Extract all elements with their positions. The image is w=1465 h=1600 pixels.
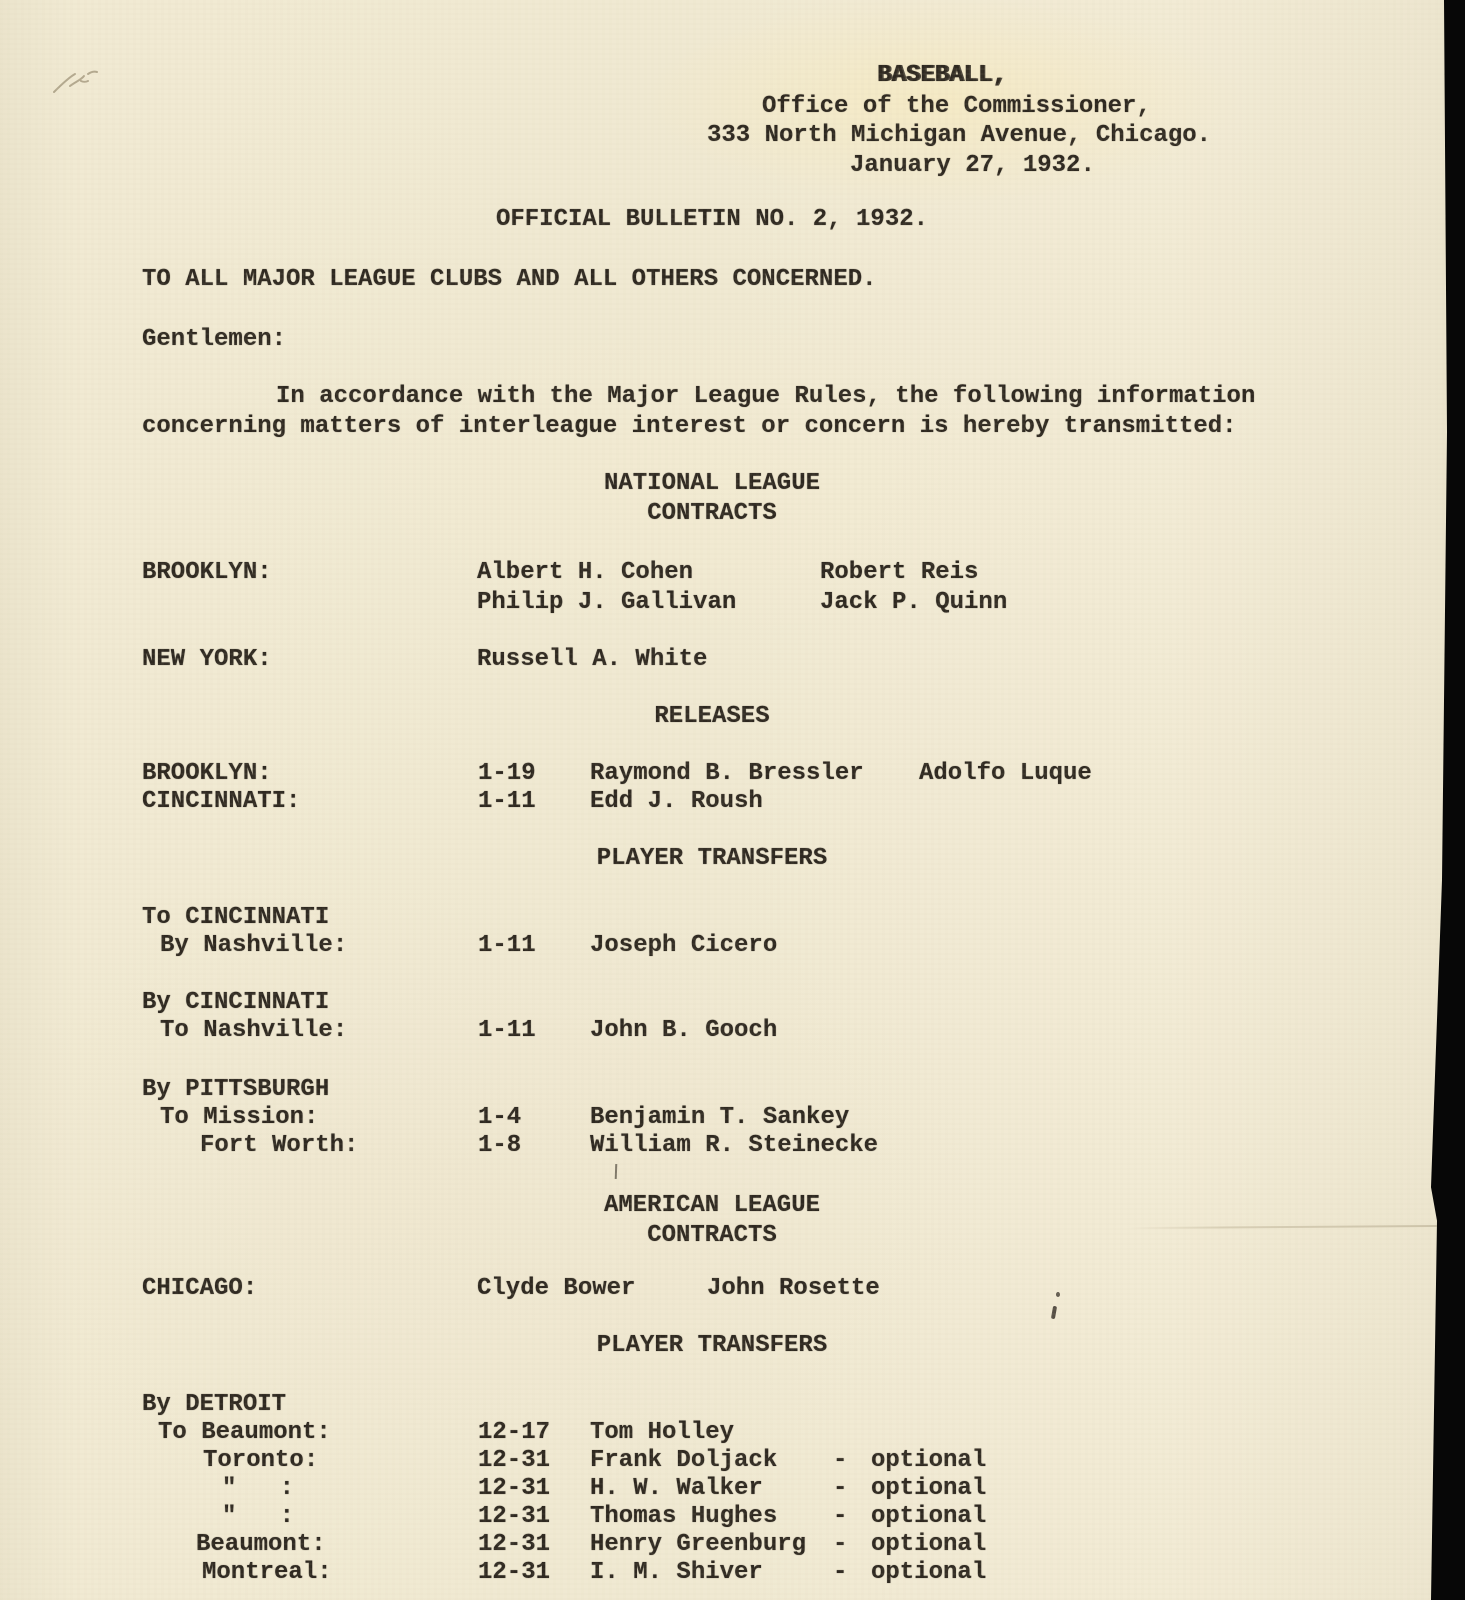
option-note: optional — [871, 1532, 986, 1558]
national-league-heading: NATIONAL LEAGUE — [0, 471, 1424, 497]
nl-releases-heading: RELEASES — [0, 704, 1424, 730]
option-dash: - — [833, 1560, 847, 1586]
player-name: Edd J. Roush — [590, 789, 763, 815]
addressee-line: TO ALL MAJOR LEAGUE CLUBS AND ALL OTHERS… — [142, 267, 877, 293]
transfer-row: Toronto: 12-31 Frank Doljack - optional — [0, 1448, 1465, 1474]
transfer-row: To Nashville: 1-11 John B. Gooch — [0, 1018, 1465, 1044]
transfer-date: 1-8 — [478, 1133, 521, 1159]
contract-row: BROOKLYN: Albert H. Cohen Robert Reis — [0, 560, 1465, 586]
transfer-row: To Beaumont: 12-17 Tom Holley — [0, 1420, 1465, 1446]
nl-contracts-heading: CONTRACTS — [0, 501, 1424, 527]
stray-ink-apostrophe — [1051, 1306, 1057, 1319]
al-contracts-heading: CONTRACTS — [0, 1223, 1424, 1249]
al-transfers-heading: PLAYER TRANSFERS — [0, 1333, 1424, 1359]
club-label: To Beaumont: — [158, 1420, 331, 1446]
player-name: John B. Gooch — [590, 1018, 777, 1044]
pencil-scribble-mark — [48, 56, 114, 100]
club-label: To Nashville: — [160, 1018, 347, 1044]
club-label: " : — [222, 1504, 294, 1530]
transfer-block-header: To CINCINNATI — [142, 905, 329, 931]
transfer-date: 12-31 — [478, 1504, 550, 1530]
player-name: John Rosette — [707, 1276, 880, 1302]
transfer-date: 12-17 — [478, 1420, 550, 1446]
club-label: " : — [222, 1476, 294, 1502]
club-label: To Mission: — [160, 1105, 318, 1131]
letterhead-address: 333 North Michigan Avenue, Chicago. — [707, 123, 1211, 149]
player-name: Benjamin T. Sankey — [590, 1105, 849, 1131]
option-note: optional — [871, 1448, 986, 1474]
paper-sheet: BASEBALL, Office of the Commissioner, 33… — [0, 0, 1465, 1600]
transfer-row: " : 12-31 Thomas Hughes - optional — [0, 1504, 1465, 1530]
letterhead-date: January 27, 1932. — [850, 153, 1095, 179]
player-name: William R. Steinecke — [590, 1133, 878, 1159]
club-label: BROOKLYN: — [142, 560, 272, 586]
transfer-row: Beaumont: 12-31 Henry Greenburg - option… — [0, 1532, 1465, 1558]
player-name: Philip J. Gallivan — [477, 590, 736, 616]
letterhead-org: BASEBALL, — [877, 63, 1007, 89]
transfer-row: " : 12-31 H. W. Walker - optional — [0, 1476, 1465, 1502]
club-label: CINCINNATI: — [142, 789, 300, 815]
contract-row: NEW YORK: Russell A. White — [0, 647, 1465, 673]
transfer-row: To Mission: 1-4 Benjamin T. Sankey — [0, 1105, 1465, 1131]
club-label: BROOKLYN: — [142, 761, 272, 787]
release-date: 1-19 — [478, 761, 536, 787]
release-date: 1-11 — [478, 789, 536, 815]
transfer-date: 1-11 — [478, 933, 536, 959]
transfer-date: 12-31 — [478, 1560, 550, 1586]
player-name: Russell A. White — [477, 647, 707, 673]
club-label: By Nashville: — [160, 933, 347, 959]
intro-line-2: concerning matters of interleague intere… — [142, 414, 1237, 440]
transfer-row: Fort Worth: 1-8 William R. Steinecke — [0, 1133, 1465, 1159]
player-name: Joseph Cicero — [590, 933, 777, 959]
intro-line-1: In accordance with the Major League Rule… — [276, 384, 1255, 410]
option-dash: - — [833, 1476, 847, 1502]
transfer-row: Montreal: 12-31 I. M. Shiver - optional — [0, 1560, 1465, 1586]
option-note: optional — [871, 1504, 986, 1530]
transfer-date: 1-11 — [478, 1018, 536, 1044]
transfer-row: By Nashville: 1-11 Joseph Cicero — [0, 933, 1465, 959]
player-name: Robert Reis — [820, 560, 978, 586]
transfer-date: 12-31 — [478, 1476, 550, 1502]
player-name: H. W. Walker — [590, 1476, 763, 1502]
stray-ink-tick — [615, 1164, 618, 1179]
transfer-block-header: By PITTSBURGH — [142, 1077, 329, 1103]
release-row: BROOKLYN: 1-19 Raymond B. Bressler Adolf… — [0, 761, 1465, 787]
scanned-document-page: { "doc": { "letterhead": { "org": "BASEB… — [0, 0, 1465, 1600]
player-name: Tom Holley — [590, 1420, 734, 1446]
salutation: Gentlemen: — [142, 327, 286, 353]
nl-transfers-heading: PLAYER TRANSFERS — [0, 846, 1424, 872]
player-name: Henry Greenburg — [590, 1532, 806, 1558]
player-name: Albert H. Cohen — [477, 560, 693, 586]
option-dash: - — [833, 1532, 847, 1558]
contract-row: Philip J. Gallivan Jack P. Quinn — [0, 590, 1465, 616]
player-name: Frank Doljack — [590, 1448, 777, 1474]
bulletin-title: OFFICIAL BULLETIN NO. 2, 1932. — [0, 207, 1424, 233]
option-dash: - — [833, 1504, 847, 1530]
transfer-date: 12-31 — [478, 1532, 550, 1558]
club-label: Fort Worth: — [200, 1133, 358, 1159]
club-label: Montreal: — [202, 1560, 332, 1586]
american-league-heading: AMERICAN LEAGUE — [0, 1193, 1424, 1219]
club-label: CHICAGO: — [142, 1276, 257, 1302]
player-name: Clyde Bower — [477, 1276, 635, 1302]
option-note: optional — [871, 1560, 986, 1586]
player-name: Jack P. Quinn — [820, 590, 1007, 616]
player-name: Adolfo Luque — [919, 761, 1092, 787]
option-note: optional — [871, 1476, 986, 1502]
transfer-block-header: By CINCINNATI — [142, 990, 329, 1016]
option-dash: - — [833, 1448, 847, 1474]
transfer-date: 12-31 — [478, 1448, 550, 1474]
release-row: CINCINNATI: 1-11 Edd J. Roush — [0, 789, 1465, 815]
player-name: I. M. Shiver — [590, 1560, 763, 1586]
transfer-block-header: By DETROIT — [142, 1392, 286, 1418]
club-label: NEW YORK: — [142, 647, 272, 673]
player-name: Thomas Hughes — [590, 1504, 777, 1530]
transfer-date: 1-4 — [478, 1105, 521, 1131]
club-label: Toronto: — [203, 1448, 318, 1474]
letterhead-office: Office of the Commissioner, — [762, 94, 1151, 120]
player-name: Raymond B. Bressler — [590, 761, 864, 787]
contract-row: CHICAGO: Clyde Bower John Rosette — [0, 1276, 1465, 1302]
club-label: Beaumont: — [196, 1532, 326, 1558]
